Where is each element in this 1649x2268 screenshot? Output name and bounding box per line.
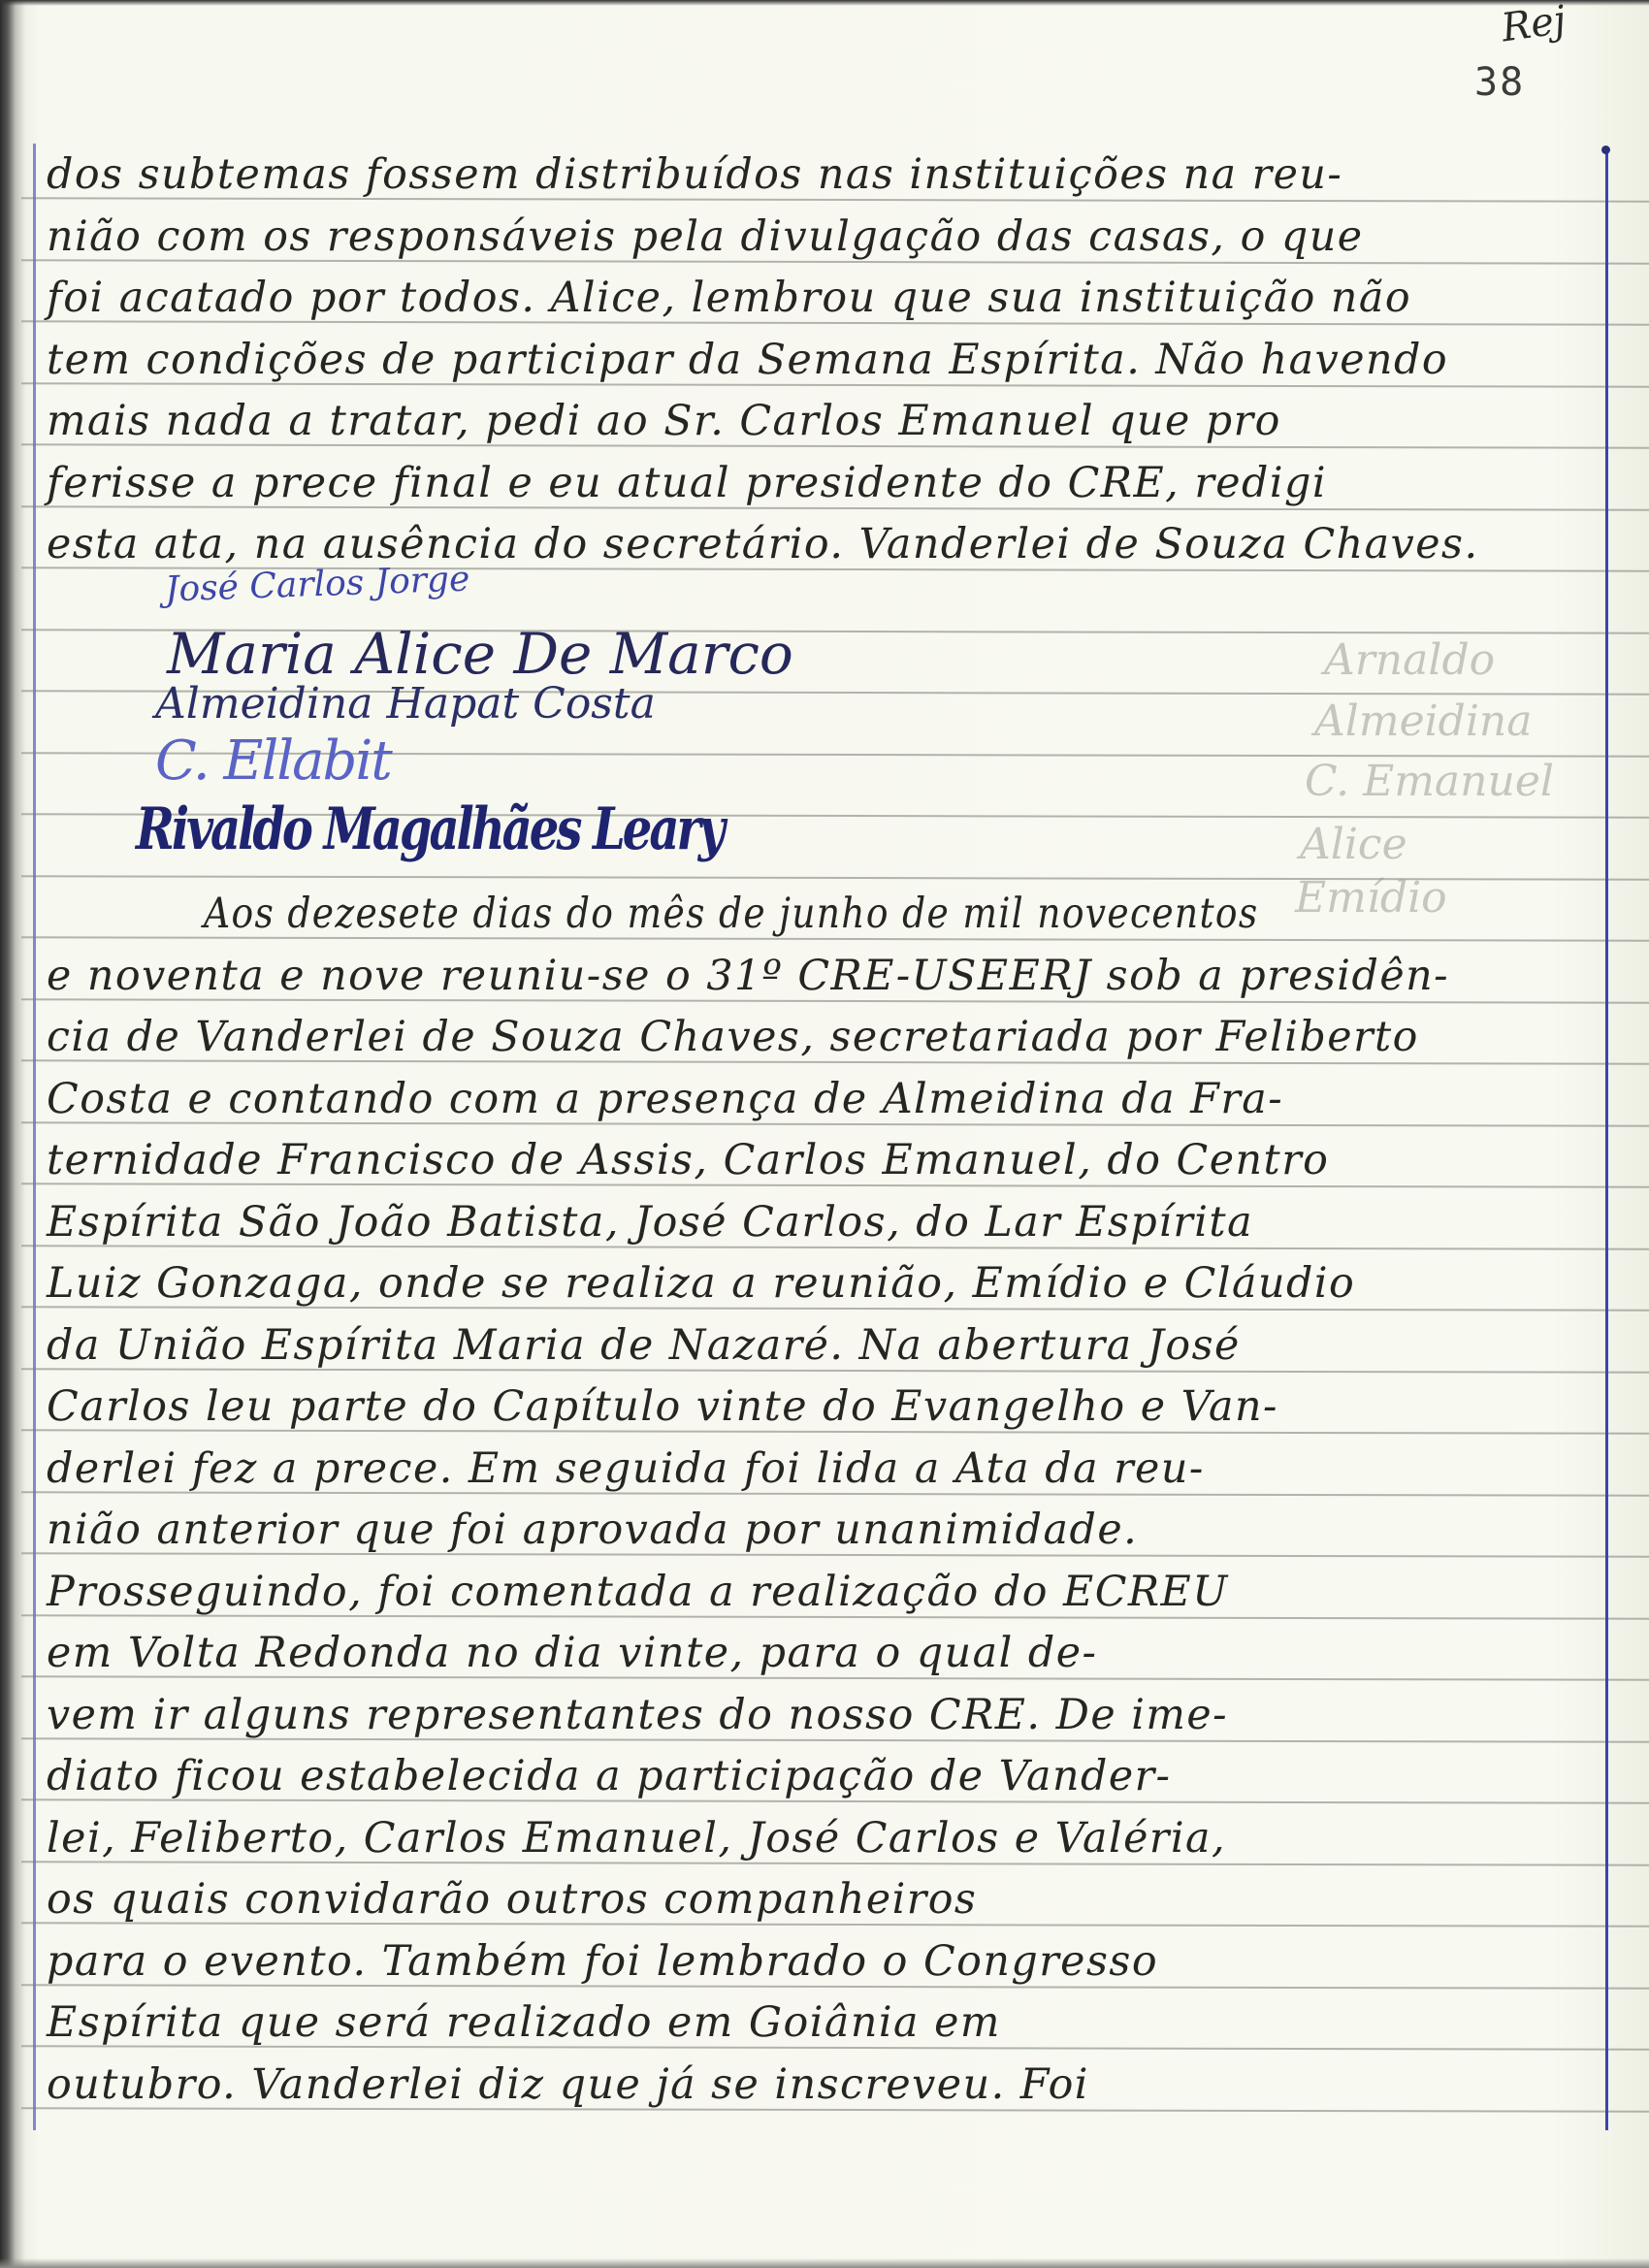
handwritten-line: da União Espírita Maria de Nazaré. Na ab… xyxy=(47,1321,1589,1370)
handwritten-line: nião anterior que foi aprovada por unani… xyxy=(47,1506,1589,1554)
signature: Rivaldo Magalhães Leary xyxy=(136,795,723,863)
signature: Maria Alice De Marco xyxy=(167,621,793,687)
scan-bottom-shadow xyxy=(0,2258,1649,2268)
handwritten-line: Espírita que será realizado em Goiânia e… xyxy=(47,1998,1589,2047)
handwritten-line: Aos dezesete dias do mês de junho de mil… xyxy=(204,890,1562,938)
handwritten-line: derlei fez a prece. Em seguida foi lida … xyxy=(47,1444,1589,1493)
bleed-through-text: Almeidina xyxy=(1314,697,1533,746)
handwritten-line: para o evento. Também foi lembrado o Con… xyxy=(47,1937,1589,1986)
handwritten-line: Prosseguindo, foi comentada a realização… xyxy=(47,1568,1589,1616)
handwritten-line: mais nada a tratar, pedi ao Sr. Carlos E… xyxy=(47,397,1589,445)
left-margin-line xyxy=(33,144,36,2130)
bleed-through-text: Arnaldo xyxy=(1324,635,1495,685)
corner-initials: Rej xyxy=(1499,0,1568,50)
signature: Almeidina Hapat Costa xyxy=(155,679,656,729)
handwritten-line: ternidade Francisco de Assis, Carlos Ema… xyxy=(47,1136,1589,1184)
handwritten-line: os quais convidarão outros companheiros xyxy=(47,1875,1589,1924)
handwritten-line: foi acatado por todos. Alice, lembrou qu… xyxy=(47,274,1589,322)
handwritten-line: diato ficou estabelecida a participação … xyxy=(47,1752,1589,1800)
handwritten-line: Luiz Gonzaga, onde se realiza a reunião,… xyxy=(47,1259,1589,1308)
handwritten-line: vem ir alguns representantes do nosso CR… xyxy=(47,1691,1589,1739)
ledger-page: Rej 38 Arnaldo Almeidina C. Emanuel Alic… xyxy=(0,0,1649,2268)
bleed-through-text: Alice xyxy=(1300,820,1407,869)
handwritten-line: em Volta Redonda no dia vinte, para o qu… xyxy=(47,1629,1589,1677)
handwritten-line: cia de Vanderlei de Souza Chaves, secret… xyxy=(47,1013,1589,1061)
handwritten-line: outubro. Vanderlei diz que já se inscrev… xyxy=(47,2060,1589,2109)
handwritten-line: Costa e contando com a presença de Almei… xyxy=(47,1075,1589,1123)
right-margin-line xyxy=(1605,147,1608,2130)
page-number: 38 xyxy=(1474,60,1525,105)
handwritten-line: dos subtemas fossem distribuídos nas ins… xyxy=(47,150,1589,199)
handwritten-line: nião com os responsáveis pela divulgação… xyxy=(47,212,1589,261)
handwritten-line: esta ata, na ausência do secretário. Van… xyxy=(47,520,1589,568)
handwritten-line: e noventa e nove reuniu-se o 31º CRE-USE… xyxy=(47,952,1589,1000)
ink-dot xyxy=(1601,146,1610,154)
handwritten-line: Carlos leu parte do Capítulo vinte do Ev… xyxy=(47,1382,1589,1431)
handwritten-line: tem condições de participar da Semana Es… xyxy=(47,336,1589,384)
handwritten-line: Espírita São João Batista, José Carlos, … xyxy=(47,1198,1589,1247)
signature: C. Ellabit xyxy=(155,729,391,793)
bleed-through-text: C. Emanuel xyxy=(1305,757,1554,806)
handwritten-line: ferisse a prece final e eu atual preside… xyxy=(47,459,1589,507)
scan-top-shadow xyxy=(0,0,1649,6)
handwritten-line: lei, Feliberto, Carlos Emanuel, José Car… xyxy=(47,1814,1589,1863)
